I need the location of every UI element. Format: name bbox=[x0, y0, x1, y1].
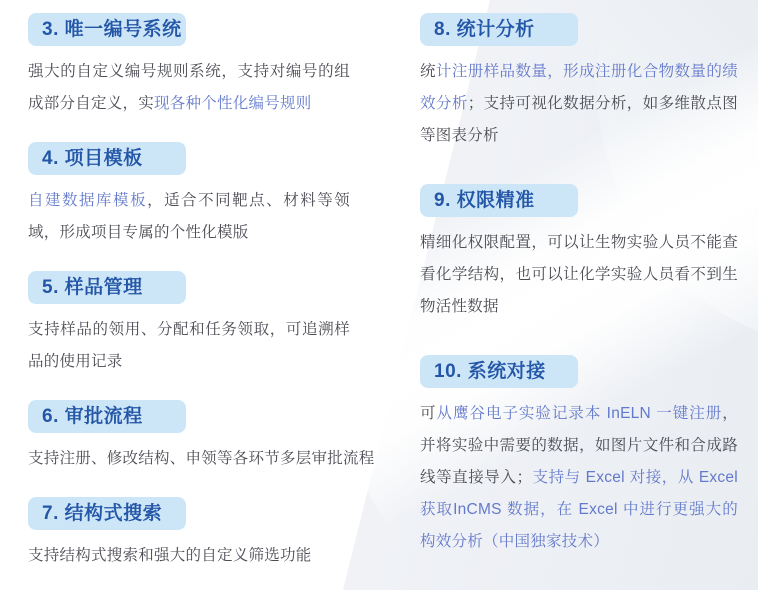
feature-body-statistics: 统计注册样品数量，形成注册化合物数量的绩效分析；支持可视化数据分析，如多维散点图… bbox=[420, 56, 738, 152]
feature-title: 5. 样品管理 bbox=[42, 277, 143, 298]
body-link-segment: 现各种个性化编号规则 bbox=[154, 95, 312, 112]
feature-pill-permissions: 9. 权限精准 bbox=[420, 184, 578, 217]
body-text-segment: 统 bbox=[420, 63, 436, 80]
body-link-segment: 自建数据库模板 bbox=[28, 192, 147, 209]
feature-body-permissions: 精细化权限配置，可以让生物实验人员不能查看化学结构，也可以让化学实验人员看不到生… bbox=[420, 227, 738, 323]
feature-pill-statistics: 8. 统计分析 bbox=[420, 13, 578, 46]
feature-body-unique-numbering: 强大的自定义编号规则系统，支持对编号的组成部分自定义，实现各种个性化编号规则 bbox=[28, 56, 350, 120]
body-text-segment: 支持样品的领用、分配和任务领取，可追溯样品的使用记录 bbox=[28, 321, 350, 370]
body-text-segment: 支持注册、修改结构、申领等各环节多层审批流程 bbox=[28, 450, 375, 467]
feature-title: 8. 统计分析 bbox=[434, 19, 535, 40]
feature-title: 4. 项目模板 bbox=[42, 148, 143, 169]
feature-pill-project-template: 4. 项目模板 bbox=[28, 142, 186, 175]
feature-body-system-integration: 可从鹰谷电子实验记录本 InELN 一键注册，并将实验中需要的数据，如图片文件和… bbox=[420, 398, 738, 558]
feature-pill-structure-search: 7. 结构式搜索 bbox=[28, 497, 186, 530]
body-text-segment: 精细化权限配置，可以让生物实验人员不能查看化学结构，也可以让化学实验人员看不到生… bbox=[420, 234, 738, 315]
feature-body-approval-flow: 支持注册、修改结构、申领等各环节多层审批流程 bbox=[28, 443, 350, 475]
feature-body-sample-management: 支持样品的领用、分配和任务领取，可追溯样品的使用记录 bbox=[28, 314, 350, 378]
body-text-segment: 可 bbox=[420, 405, 437, 422]
feature-title: 9. 权限精准 bbox=[434, 190, 535, 211]
body-text-segment: ；支持可视化数据分析，如多维散点图等图表分析 bbox=[420, 95, 738, 144]
feature-column-right: 8. 统计分析 统计注册样品数量，形成注册化合物数量的绩效分析；支持可视化数据分… bbox=[420, 13, 738, 558]
feature-pill-system-integration: 10. 系统对接 bbox=[420, 355, 578, 388]
feature-body-structure-search: 支持结构式搜索和强大的自定义筛选功能 bbox=[28, 540, 350, 572]
body-link-segment: 从鹰谷电子实验记录本 InELN 一键注册 bbox=[437, 405, 723, 422]
feature-title: 7. 结构式搜索 bbox=[42, 503, 162, 524]
body-text-segment: 支持结构式搜索和强大的自定义筛选功能 bbox=[28, 547, 312, 564]
feature-column-left: 3. 唯一编号系统 强大的自定义编号规则系统，支持对编号的组成部分自定义，实现各… bbox=[28, 13, 350, 572]
feature-title: 10. 系统对接 bbox=[434, 361, 546, 382]
feature-title: 6. 审批流程 bbox=[42, 406, 143, 427]
feature-pill-approval-flow: 6. 审批流程 bbox=[28, 400, 186, 433]
feature-title: 3. 唯一编号系统 bbox=[42, 19, 182, 40]
feature-pill-sample-management: 5. 样品管理 bbox=[28, 271, 186, 304]
feature-pill-unique-numbering: 3. 唯一编号系统 bbox=[28, 13, 186, 46]
feature-body-project-template: 自建数据库模板，适合不同靶点、材料等领域，形成项目专属的个性化模版 bbox=[28, 185, 350, 249]
